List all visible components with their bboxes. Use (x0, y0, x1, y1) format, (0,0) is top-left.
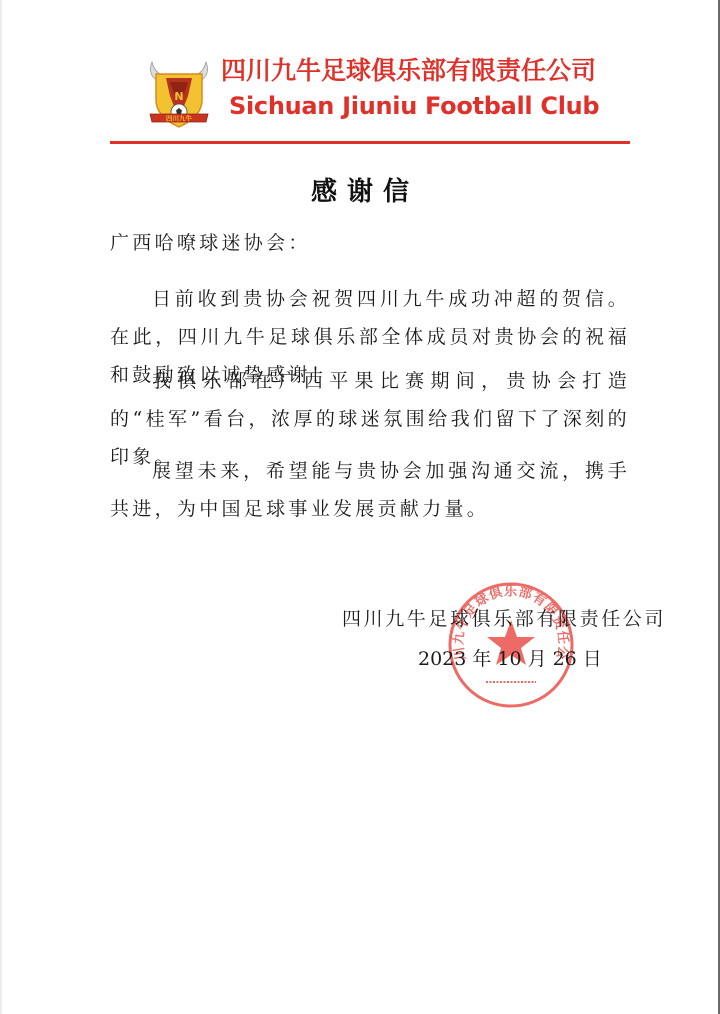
official-seal-star-icon: 四川九牛足球俱乐部有限责任公司 (446, 580, 576, 710)
date-year: 2023 (418, 648, 466, 670)
company-name-chinese: 四川九牛足球俱乐部有限责任公司 (221, 57, 596, 85)
page-edge-left (0, 0, 2, 1014)
salutation: 广西哈嘹球迷协会： (110, 231, 311, 255)
date-year-unit: 年 (472, 648, 491, 670)
svg-text:N: N (174, 90, 183, 103)
letterhead-divider (110, 141, 630, 144)
signature-company: 四川九牛足球俱乐部有限责任公司 (342, 607, 666, 631)
paragraph-3: 展望未来，希望能与贵协会加强沟通交流，携手共进，为中国足球事业发展贡献力量。 (110, 452, 630, 528)
club-crest-bull-icon: N 四川九牛 (146, 52, 212, 132)
date-day-unit: 日 (583, 648, 602, 670)
date-day: 26 (553, 648, 577, 670)
date-month-unit: 月 (528, 648, 547, 670)
letter-title: 感谢信 (0, 176, 720, 208)
letter-date: 2023年10月26日 (418, 647, 602, 671)
company-name-english: Sichuan Jiuniu Football Club (229, 92, 599, 120)
svg-text:四川九牛: 四川九牛 (166, 114, 193, 123)
date-month: 10 (497, 648, 521, 670)
